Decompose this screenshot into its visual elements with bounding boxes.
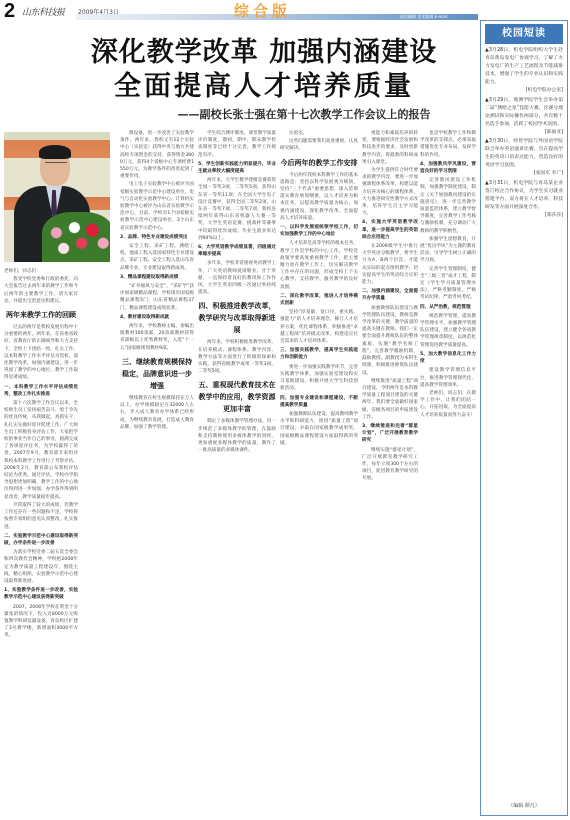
- brief-item: ▲3月28日，机电学院组织大学生赴青岛黄岛发电厂参观学习，了解了火力发电厂的生产…: [485, 47, 563, 96]
- paragraph: 为落实学校党委二届五次全委会和四次教代会精神，学校把2008年定为教学质量工程建…: [4, 549, 78, 585]
- brief-source: [陈福亚]: [485, 129, 563, 137]
- brief-item: ▲3月31日，机电学院与青岛某企业签订校企合作协议，为学生实习就业搭建平台，双方…: [485, 180, 563, 220]
- sidebar-body: ▲3月28日，机电学院组织大学生赴青岛黄岛发电厂参观学习，了解了火力发电厂的生产…: [481, 47, 567, 220]
- speaker-photo: [4, 132, 110, 262]
- paper-name: 山东科技报: [22, 5, 65, 18]
- byline: ——副校长张士强在第十七次教学工作会议上的报告: [130, 106, 478, 122]
- sub-heading: 3、继续推进和完善“群星计划”，广泛开展教育教学研究: [362, 423, 418, 445]
- paragraph: 老师们、同志们，在教学工作中，让我们团结一心，开拓进取，为全面提高人才培养质量而…: [420, 390, 476, 419]
- brief-item: ▲3月29日，地测学院学生会举办第二届“测绘之星”技能大赛，比赛分理论测试和实际…: [485, 97, 563, 137]
- sub-heading: 4、教材建设取得新成就: [120, 314, 194, 321]
- paragraph: 完善教风建设工作机制，加强教学制度建设，制定《关于加强教风建设的实施意见》，进一…: [420, 177, 476, 235]
- paragraph: 完善学生管理制度，健全“三级三管”成才工程，制定《学生学习质量管理办法》，严格考…: [420, 266, 476, 302]
- sub-heading: 二、加强内涵建设，全面提升办学质量: [362, 288, 418, 302]
- paragraph: 人才培养是高等学校的根本任务，教学工作是学校的中心工作。学校党政领导要高度重视教…: [280, 240, 358, 290]
- section-name: 综合版: [234, 0, 291, 21]
- issue-date: 2009年4月3日: [78, 7, 119, 16]
- paragraph: “矿井通风与安全”、“采矿学”获评国家级精品课程，学校现有国家级精品课程5门，山…: [120, 283, 194, 312]
- article-column-5: 视能力和素质培养的转变，要根据经济社会发展和科技进步的要求，及时更新教学内容，将…: [362, 130, 418, 816]
- brief-item: ▲3月30日，经管学院与外国语学院联合举办英语演讲比赛，旨在提高学生的英语口语表…: [485, 138, 563, 178]
- sub-heading: 3、精品课程建设取得新成绩: [120, 274, 194, 281]
- paragraph: 第十六次教学工作会议以来，全校师生员工发扬艰苦奋斗、勇于争先的优良传统，从我做起…: [4, 400, 78, 501]
- sub-heading: 四、加强专业建设和课程建设，不断提高教学质量: [280, 395, 358, 409]
- paragraph: 两年来，大学生数学建模竞赛获得全国一等奖3项、二等奖5项，获得山东省一等奖11项…: [198, 177, 276, 242]
- paragraph: 多年来，学校非常重视英语教学工作，广大英语教师爱岗敬业、甘于奉献，一直保持着良好…: [198, 260, 276, 296]
- paragraph: 两年来，学校教师主编、参编出版教材100余部，20余部教材获得省部级以上优秀教材…: [120, 323, 194, 352]
- paragraph: 为学生提供符合时代要求的教学内容，要进一步加强课程体系改革，构建以能力培养为核心…: [362, 167, 418, 217]
- paragraph: 继续实施“群星计划”，广泛开展教育教学研究工作，每年立项300个左右的项目，促进…: [362, 447, 418, 483]
- sub-heading: 一、本科教学工作水平评估成绩优秀，整改工作扎实推进: [4, 384, 78, 398]
- headline-line-1: 深化教学改革 加强内涵建设: [50, 36, 478, 70]
- sub-heading: 5、加大教学信息化工作力度: [420, 351, 476, 365]
- brief-source: [机电学院办公室]: [485, 87, 563, 95]
- photo-hair: [39, 145, 71, 159]
- masthead: 2 山东科技报 2009年4月3日 综合版 责任编辑 美术编辑 E-mail:: [0, 0, 570, 22]
- paragraph: 电工电子实验教学中心被评为国家级实验教学示范中心建设单位，电气与自动化实验教学中…: [120, 181, 194, 231]
- paragraph: 加强学生思想教育，开展“优良学风”为主题的教育活动，引导学生树立正确的学习观。: [420, 236, 476, 265]
- paragraph: 建设教学管理信息平台，推进教学管理现代化，提高教学管理效率。: [420, 367, 476, 389]
- editor-line: 责任编辑 美术编辑 E-mail:: [400, 14, 448, 20]
- sub-heading: 四、从严治教，规范管理: [420, 304, 476, 311]
- paragraph: 在2009级学生中推行大学英语分级教学，将学生分为A、B两个层次，才能从实际的起…: [362, 243, 418, 286]
- article-column-3: 学生综合测评制度、课堂教学质量评价制度，期初、期中、期末教学检查制度等已经十分完…: [198, 130, 276, 816]
- sub-heading: 6、大学英语教学成绩显著，四级通过率稳步提高: [198, 244, 276, 258]
- paragraph: 这些问题需要我们高度重视，认真研究解决。: [280, 138, 358, 152]
- paragraph: 要进一步加强实践教学环节，完善实践教学体系，加强实验室建设和实习基地建设，积极开…: [280, 364, 358, 393]
- paragraph: 我受学校党委和行政的委托，向大会报告过去两年来的教学工作和今后两年的主要教学工作…: [4, 276, 78, 305]
- page-number: 2: [4, 1, 15, 21]
- headline-line-2: 全面提高人才培养质量: [50, 70, 478, 104]
- brief-text: ▲3月28日，机电学院组织大学生赴青岛黄岛发电厂参观学习，了解了火力发电厂的生产…: [485, 48, 563, 85]
- section-heading: 今后两年的教学工作安排: [280, 157, 358, 169]
- sub-heading: 二、深化教学改革，推进人才培养模式创新: [280, 293, 358, 307]
- sub-heading: 5、学生创新实践能力明显提升，毕业生就业率较大幅度提高: [198, 161, 276, 175]
- campus-briefs-sidebar: 校园短读 ▲3月28日，机电学院组织大学生赴青岛黄岛发电厂参观学习，了解了火力发…: [480, 20, 568, 816]
- paragraph: 制定了多媒体教学管理办法，进一步规范了多媒体教学的管理，在鼓励和支持教师使用多媒…: [198, 418, 276, 454]
- brief-source: [张国军 李广]: [485, 170, 563, 178]
- sub-heading: 二、实验教学示范中心建设取得新突破，办学条件进一步改善: [4, 533, 78, 547]
- paragraph: 继续教育在校生规模保持在万人以上，办学规模稳定在32000人左右，步入成人教育办…: [120, 395, 194, 431]
- paragraph: 加强教师队伍建设，提高教师教学水平和科研能力，推进“质量工程”项目建设，争取在国…: [280, 411, 358, 447]
- brief-text: ▲3月31日，机电学院与青岛某企业签订校企合作协议，为学生实习就业搭建平台，双方…: [485, 181, 563, 210]
- paragraph: 今后两年我校本科教学工作的基本思路是：坚持以科学发展观为统领，坚持“三个代表”重…: [280, 172, 358, 222]
- sub-heading: 三、加强实践教学，提高学生实践能力和创新能力: [280, 347, 358, 361]
- sidebar-title: 校园短读: [485, 24, 563, 44]
- paragraph: 视能力和素质培养的转变，要根据经济社会发展和科技进步的要求，及时更新教学内容，将…: [362, 130, 418, 166]
- paragraph: 尽管取得了较大的成绩，但教学工作还存在一些问题和不足，学校将按照专家组的意见认真…: [4, 502, 78, 531]
- paragraph: 继续推进“质量工程”项目建设，今明两年是本科教学质量工程项目建设的关键两年，我们…: [362, 378, 418, 421]
- paragraph: 源设备，进一步改善了实验教学条件。两年来，我校又有12个实验中心（实验室）获得中…: [120, 130, 194, 180]
- section-heading: 五、重视现代教育技术在教学中的应用，教学资源更加丰富: [198, 379, 276, 415]
- photo-flowers: [42, 212, 110, 262]
- sub-heading: 4、实施大学英语教学改革，进一步提高学生的英语综合应用能力: [362, 219, 418, 241]
- paragraph: 也是学校教学工作和教学改革的支撑点，必须采取措施优化专业布局，发挥学科的作用。: [420, 130, 476, 159]
- sub-heading: 4、加强教风学风建设，营造良好的学习氛围: [420, 161, 476, 175]
- paragraph: 安全工程、采矿工程、测绘工程、地质工程入选国家特色专业建设点，采矿工程、安全工程…: [120, 243, 194, 272]
- paragraph: 实验室。: [280, 130, 358, 137]
- article-column-6: 也是学校教学工作和教学改革的支撑点，必须采取措施优化专业布局，发挥学科的作用。4…: [420, 130, 476, 816]
- sub-heading: 2、品牌、特色专业建设成绩突出: [120, 234, 194, 241]
- paragraph: 老师们、同志们：: [4, 268, 78, 275]
- brief-text: ▲3月30日，经管学院与外国语学院联合举办英语演讲比赛，旨在提高学生的英语口语表…: [485, 139, 563, 168]
- paragraph: 规范教学管理，提高教学管理水平，加强教学管理队伍建设，建立健全各项教学管理规章制…: [420, 313, 476, 349]
- sub-heading: 1、实验教学条件进一步改善，实验教学示范中心建设获得新突破: [4, 587, 78, 601]
- section-heading: 两年来教学工作的回顾: [4, 309, 78, 321]
- photo-glasses: [45, 162, 67, 166]
- paragraph: 过去的两年是我校发展历程中十分重要的两年。两年来，在省委省政府、省教育厅的正确领…: [4, 324, 78, 382]
- headline: 深化教学改革 加强内涵建设 全面提高人才培养质量: [50, 36, 478, 104]
- paragraph: 加强教师队伍建设与教学管理队伍建设，教师是教学改革的关键，教学质量的提高关键在教…: [362, 305, 418, 377]
- paragraph: 学生综合测评制度、课堂教学质量评价制度，期初、期中、期末教学检查制度等已经十分完…: [198, 130, 276, 159]
- article-column-4: 实验室。这些问题需要我们高度重视，认真研究解决。今后两年的教学工作安排今后两年我…: [280, 130, 358, 816]
- article-column-1: 老师们、同志们：我受学校党委和行政的委托，向大会报告过去两年来的教学工作和今后两…: [4, 268, 78, 816]
- paragraph: 2007、2008年学校在资金十分紧张的情况下，投入近8000万元购置教学科研仪…: [4, 604, 78, 640]
- sidebar-editor-credit: （编辑 颜凡）: [481, 802, 567, 809]
- section-heading: 四、积极推进教学改革，教学研究与改革取得新进展: [198, 300, 276, 336]
- brief-text: ▲3月29日，地测学院学生会举办第二届“测绘之星”技能大赛，比赛分理论测试和实际…: [485, 98, 563, 127]
- sub-heading: 一、以科学发展观统领学校工作，切实加强教学工作的中心地位: [280, 224, 358, 238]
- section-heading: 三、继续教育规模保持稳定，品牌意识进一步增强: [120, 356, 194, 392]
- paragraph: 两年来，学校积极推进教学改革，在培养模式、课程体系、教学内容、教学方法等方面进行…: [198, 339, 276, 375]
- brief-source: [郑莎莎]: [485, 212, 563, 220]
- article-column-2: 源设备，进一步改善了实验教学条件。两年来，我校又有12个实验中心（实验室）获得中…: [120, 130, 194, 816]
- paragraph: 坚持“厚基础、宽口径、重实践、强能力”的人才培养理念，修订人才培养方案，优化课程…: [280, 309, 358, 345]
